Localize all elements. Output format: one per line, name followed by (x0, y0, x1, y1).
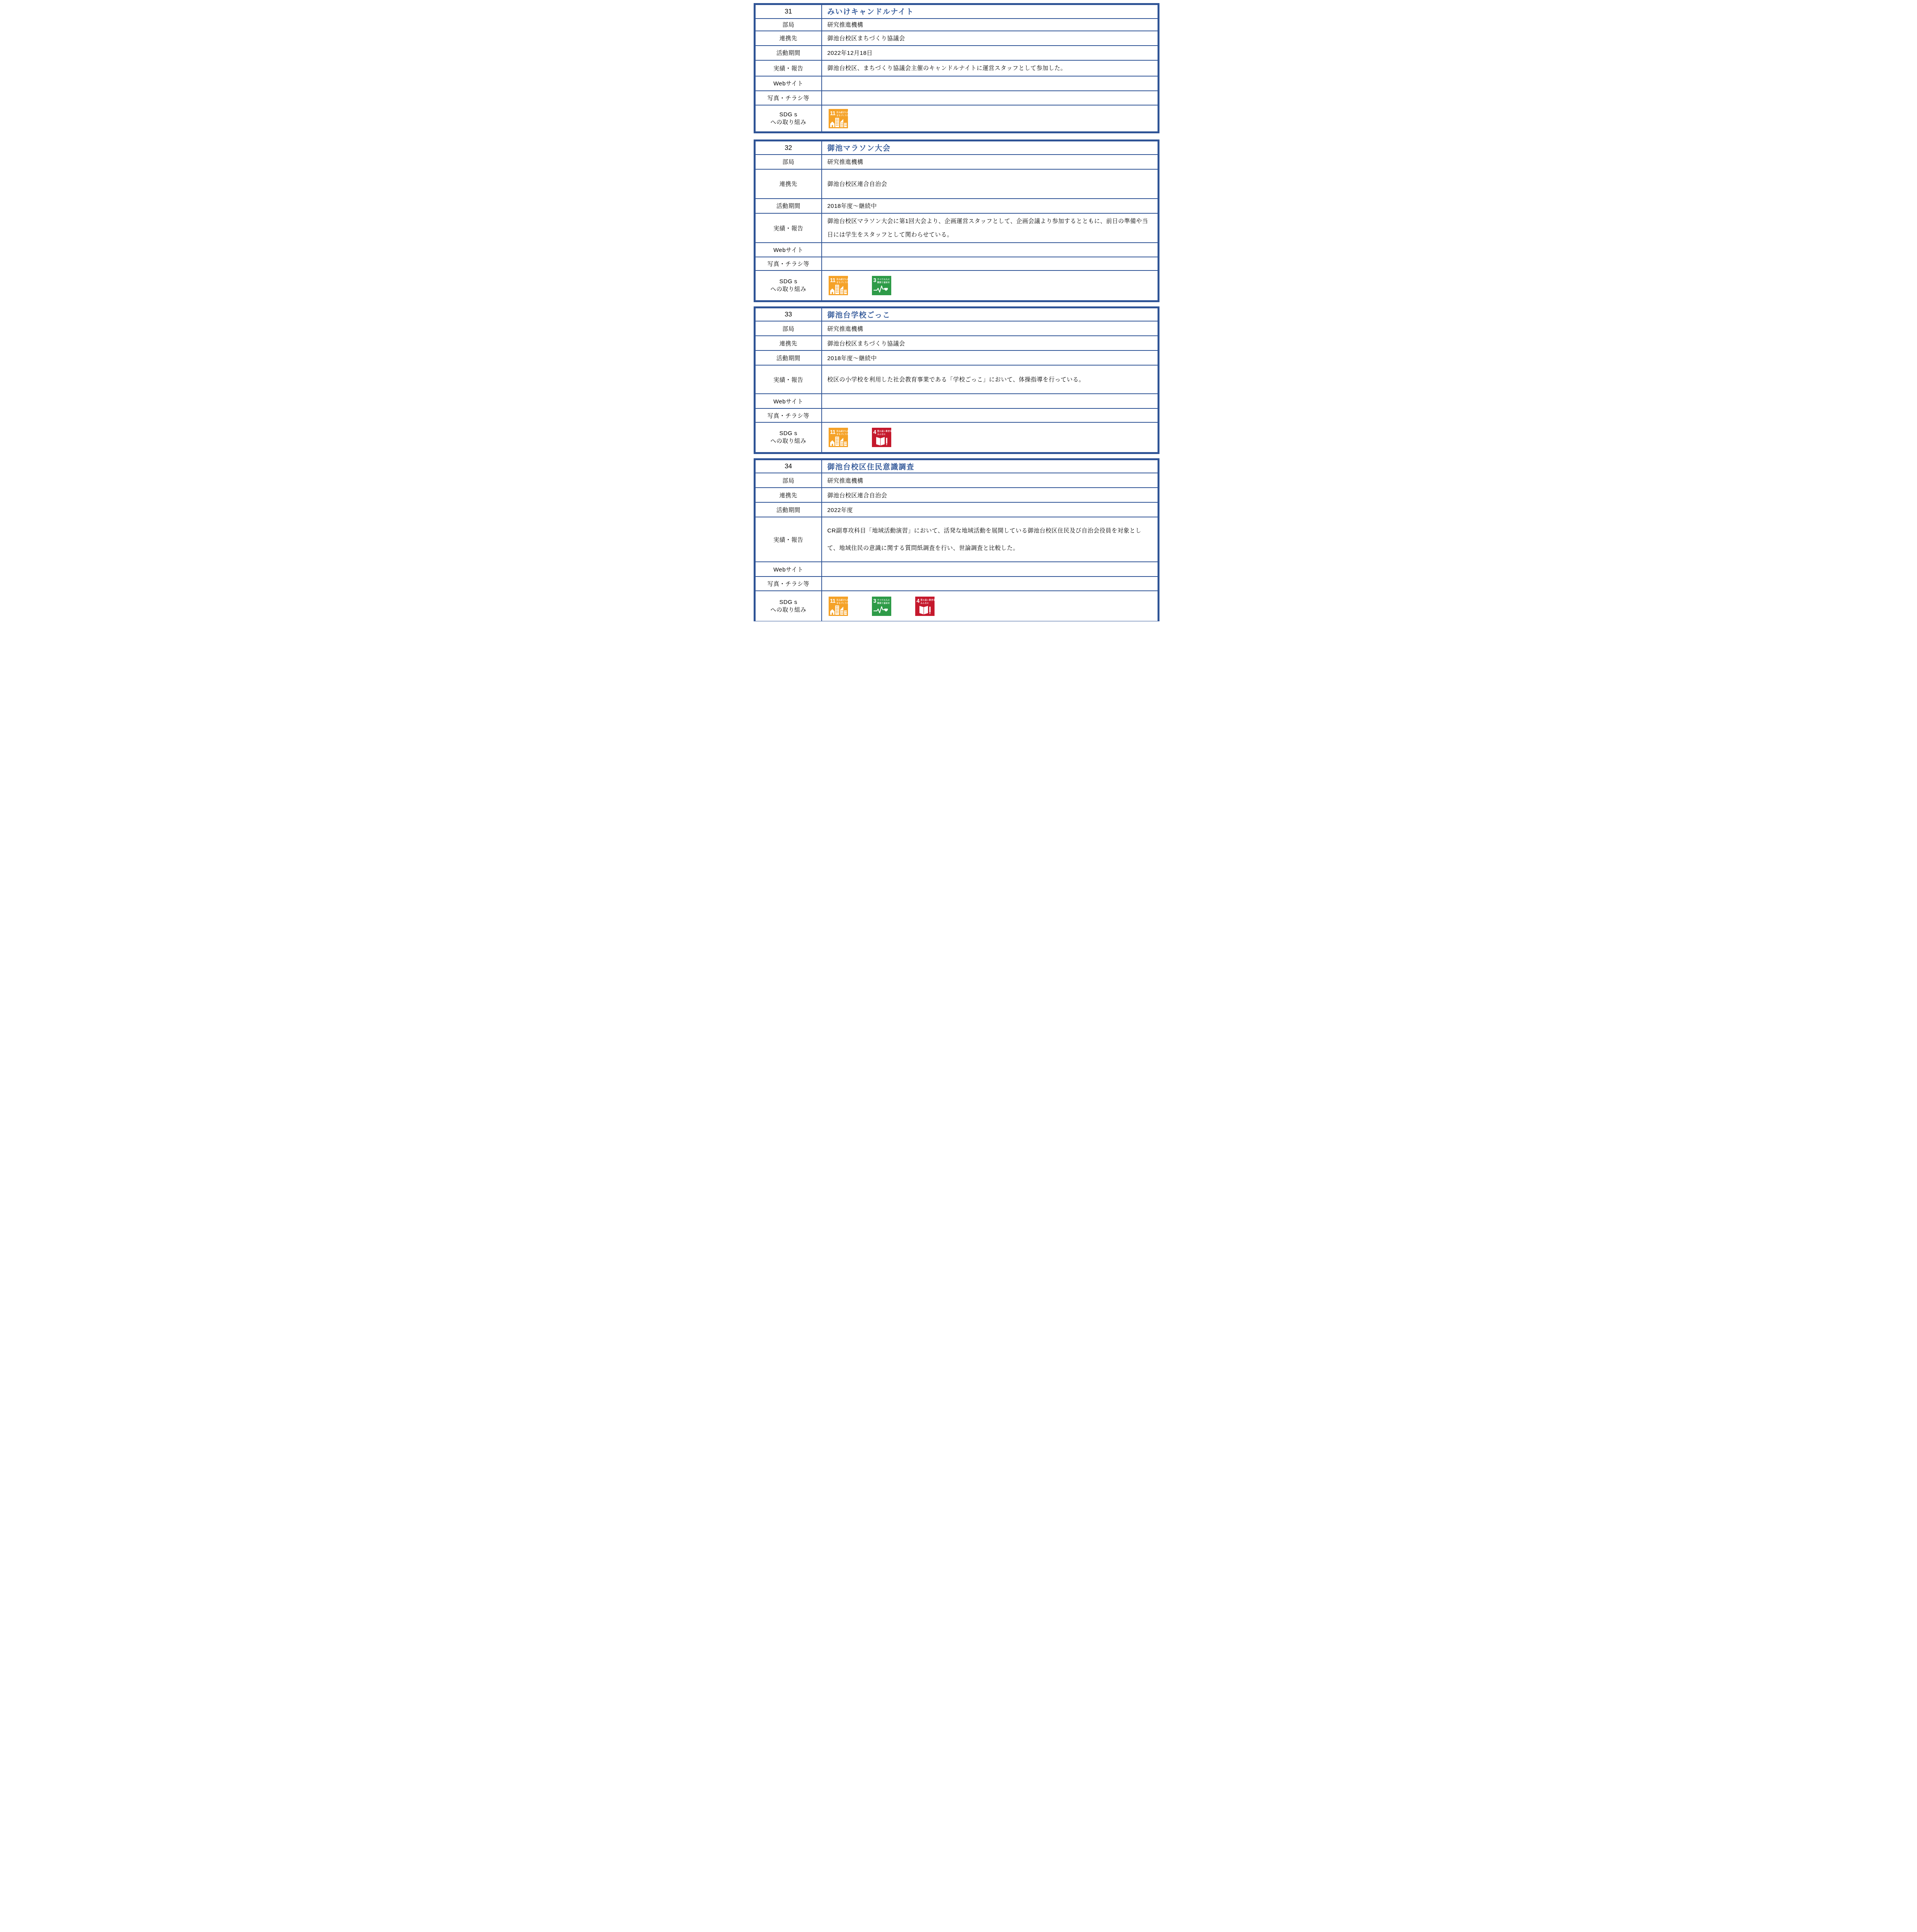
sdgs-label-line1: SDG s (756, 599, 821, 605)
sdgs-value: 11 住み続けられるまちづくりを (822, 422, 1159, 453)
dept-label: 部局 (755, 19, 822, 31)
sdg-goal-11-icon: 11 住み続けられるまちづくりを (829, 428, 848, 447)
website-row: Webサイト (755, 394, 1159, 408)
sdg-goal-11-icon: 11 住み続けられるまちづくりを (829, 597, 848, 616)
sdg-goal-4-icon: 4 質の高い教育をみんなに (872, 428, 891, 447)
period-label: 活動期間 (755, 350, 822, 365)
heartbeat-icon (873, 605, 890, 615)
sdgs-label: SDG s への取り組み (755, 270, 822, 301)
website-value (822, 394, 1159, 408)
website-row: Webサイト (755, 562, 1159, 577)
results-row: 実績・報告 校区の小学校を利用した社会教育事業である「学校ごっこ」において、体操… (755, 365, 1159, 394)
website-label: Webサイト (755, 562, 822, 577)
partner-value: 御池台校区連合自治会 (822, 169, 1159, 199)
partner-row: 連携先 御池台校区連合自治会 (755, 169, 1159, 199)
website-value (822, 76, 1159, 91)
website-row: Webサイト (755, 243, 1159, 257)
title-row: 31 みいけキャンドルナイト (755, 4, 1159, 19)
photos-value (822, 577, 1159, 591)
sdg-goal-number: 11 (830, 277, 836, 283)
sdgs-label-line1: SDG s (756, 430, 821, 437)
sdgs-row: SDG s への取り組み 11 住み続けられるまちづくりを (755, 422, 1159, 453)
period-label: 活動期間 (755, 502, 822, 517)
photos-row: 写真・チラシ等 (755, 257, 1159, 270)
entry-title: 御池台校区住民意識調査 (822, 459, 1159, 473)
photos-label: 写真・チラシ等 (755, 257, 822, 270)
partner-value: 御池台校区まちづくり協議会 (822, 336, 1159, 350)
dept-label: 部局 (755, 155, 822, 169)
city-skyline-icon (830, 117, 847, 127)
sdg-goal-number: 4 (917, 598, 919, 604)
entry-title: 御池台学校ごっこ (822, 307, 1159, 321)
period-row: 活動期間 2022年度 (755, 502, 1159, 517)
period-value: 2022年12月18日 (822, 46, 1159, 60)
sdgs-label-line1: SDG s (756, 111, 821, 118)
photos-value (822, 408, 1159, 422)
sdg-goal-3-icon: 3 すべての人に健康と福祉を (872, 276, 891, 295)
sdg-goal-3-icon: 3 すべての人に健康と福祉を (872, 597, 891, 616)
results-value: 御池台校区マラソン大会に第1回大会より、企画運営スタッフとして、企画会議より参加… (822, 213, 1159, 243)
city-skyline-icon (830, 436, 847, 446)
sdg-goal-4-icon: 4 質の高い教育をみんなに (915, 597, 935, 616)
sdg-goal-caption: 質の高い教育をみんなに (877, 430, 891, 436)
period-label: 活動期間 (755, 46, 822, 60)
website-label: Webサイト (755, 76, 822, 91)
sdgs-label: SDG s への取り組み (755, 422, 822, 453)
photos-label: 写真・チラシ等 (755, 91, 822, 105)
entry-title: みいけキャンドルナイト (822, 4, 1159, 19)
title-row: 34 御池台校区住民意識調査 (755, 459, 1159, 473)
partner-row: 連携先 御池台校区まちづくり協議会 (755, 336, 1159, 350)
sdgs-value: 11 住み続けられるまちづくりを (822, 105, 1159, 133)
sdg-goal-caption: 質の高い教育をみんなに (921, 599, 935, 605)
results-label: 実績・報告 (755, 517, 822, 562)
dept-value: 研究推進機構 (822, 473, 1159, 488)
open-book-icon (873, 436, 890, 446)
results-value: 御池台校区、まちづくり協議会主催のキャンドルナイトに運営スタッフとして参加した。 (822, 60, 1159, 76)
sdgs-label: SDG s への取り組み (755, 591, 822, 621)
city-skyline-icon (830, 605, 847, 615)
period-label: 活動期間 (755, 199, 822, 213)
dept-value: 研究推進機構 (822, 155, 1159, 169)
sdgs-label-line2: への取り組み (756, 118, 821, 126)
period-value: 2018年度～継続中 (822, 350, 1159, 365)
website-row: Webサイト (755, 76, 1159, 91)
table-gap (754, 454, 1198, 458)
results-row: 実績・報告 CR副専攻科目「地域活動演習」において、活発な地域活動を展開している… (755, 517, 1159, 562)
partner-row: 連携先 御池台校区まちづくり協議会 (755, 31, 1159, 46)
open-book-icon (916, 605, 933, 615)
sdg-goal-11-icon: 11 住み続けられるまちづくりを (829, 109, 848, 128)
partner-label: 連携先 (755, 169, 822, 199)
activity-table-31: 31 みいけキャンドルナイト 部局 研究推進機構 連携先 御池台校区まちづくり協… (754, 3, 1159, 133)
sdgs-label-line2: への取り組み (756, 285, 821, 293)
results-row: 実績・報告 御池台校区、まちづくり協議会主催のキャンドルナイトに運営スタッフとし… (755, 60, 1159, 76)
results-label: 実績・報告 (755, 365, 822, 394)
results-row: 実績・報告 御池台校区マラソン大会に第1回大会より、企画運営スタッフとして、企画… (755, 213, 1159, 243)
sdg-goal-number: 4 (873, 429, 876, 435)
period-row: 活動期間 2018年度～継続中 (755, 350, 1159, 365)
title-row: 33 御池台学校ごっこ (755, 307, 1159, 321)
dept-row: 部局 研究推進機構 (755, 155, 1159, 169)
sdg-goal-number: 11 (830, 111, 836, 116)
activity-table-32: 32 御池マラソン大会 部局 研究推進機構 連携先 御池台校区連合自治会 活動期… (754, 139, 1159, 302)
results-value: 校区の小学校を利用した社会教育事業である「学校ごっこ」において、体操指導を行って… (822, 365, 1159, 394)
document-page: 31 みいけキャンドルナイト 部局 研究推進機構 連携先 御池台校区まちづくり協… (719, 0, 1198, 621)
entry-number: 32 (755, 141, 822, 155)
photos-label: 写真・チラシ等 (755, 408, 822, 422)
sdg-goal-caption: すべての人に健康と福祉を (877, 278, 890, 284)
website-label: Webサイト (755, 394, 822, 408)
sdgs-label: SDG s への取り組み (755, 105, 822, 133)
sdgs-label-line1: SDG s (756, 278, 821, 285)
sdg-goal-caption: 住み続けられるまちづくりを (836, 111, 848, 117)
table-gap (754, 302, 1198, 306)
website-value (822, 562, 1159, 577)
sdg-goal-number: 11 (830, 598, 836, 604)
dept-label: 部局 (755, 473, 822, 488)
sdgs-value: 11 住み続けられるまちづくりを (822, 270, 1159, 301)
entry-title: 御池マラソン大会 (822, 141, 1159, 155)
city-skyline-icon (830, 284, 847, 294)
sdgs-row: SDG s への取り組み 11 住み続けられるまちづくりを (755, 270, 1159, 301)
partner-label: 連携先 (755, 31, 822, 46)
sdgs-row: SDG s への取り組み 11 住み続けられるまちづくりを (755, 591, 1159, 621)
sdg-goal-number: 11 (830, 429, 836, 435)
heartbeat-icon (873, 284, 890, 294)
dept-value: 研究推進機構 (822, 19, 1159, 31)
dept-row: 部局 研究推進機構 (755, 473, 1159, 488)
results-label: 実績・報告 (755, 213, 822, 243)
photos-label: 写真・チラシ等 (755, 577, 822, 591)
title-row: 32 御池マラソン大会 (755, 141, 1159, 155)
sdg-goal-caption: 住み続けられるまちづくりを (836, 278, 848, 284)
activity-table-33: 33 御池台学校ごっこ 部局 研究推進機構 連携先 御池台校区まちづくり協議会 … (754, 306, 1159, 454)
partner-value: 御池台校区連合自治会 (822, 488, 1159, 502)
photos-value (822, 257, 1159, 270)
partner-label: 連携先 (755, 336, 822, 350)
photos-value (822, 91, 1159, 105)
sdg-goal-caption: すべての人に健康と福祉を (877, 599, 890, 605)
period-row: 活動期間 2018年度～継続中 (755, 199, 1159, 213)
dept-row: 部局 研究推進機構 (755, 19, 1159, 31)
entry-number: 31 (755, 4, 822, 19)
sdg-goal-number: 3 (873, 277, 876, 283)
website-value (822, 243, 1159, 257)
sdg-goal-caption: 住み続けられるまちづくりを (836, 599, 848, 605)
photos-row: 写真・チラシ等 (755, 91, 1159, 105)
partner-label: 連携先 (755, 488, 822, 502)
table-gap (754, 133, 1198, 139)
dept-label: 部局 (755, 321, 822, 336)
results-label: 実績・報告 (755, 60, 822, 76)
entry-number: 34 (755, 459, 822, 473)
dept-value: 研究推進機構 (822, 321, 1159, 336)
activity-table-34: 34 御池台校区住民意識調査 部局 研究推進機構 連携先 御池台校区連合自治会 … (754, 458, 1159, 621)
entry-number: 33 (755, 307, 822, 321)
sdgs-value: 11 住み続けられるまちづくりを (822, 591, 1159, 621)
photos-row: 写真・チラシ等 (755, 408, 1159, 422)
sdgs-label-line2: への取り組み (756, 605, 821, 614)
period-row: 活動期間 2022年12月18日 (755, 46, 1159, 60)
period-value: 2022年度 (822, 502, 1159, 517)
sdg-goal-caption: 住み続けられるまちづくりを (836, 430, 848, 436)
partner-row: 連携先 御池台校区連合自治会 (755, 488, 1159, 502)
dept-row: 部局 研究推進機構 (755, 321, 1159, 336)
sdgs-label-line2: への取り組み (756, 437, 821, 445)
website-label: Webサイト (755, 243, 822, 257)
results-value: CR副専攻科目「地域活動演習」において、活発な地域活動を展開している御池台校区住… (822, 517, 1159, 562)
sdg-goal-number: 3 (873, 598, 876, 604)
sdgs-row: SDG s への取り組み 11 住み続けられるまちづくりを (755, 105, 1159, 133)
period-value: 2018年度～継続中 (822, 199, 1159, 213)
partner-value: 御池台校区まちづくり協議会 (822, 31, 1159, 46)
photos-row: 写真・チラシ等 (755, 577, 1159, 591)
sdg-goal-11-icon: 11 住み続けられるまちづくりを (829, 276, 848, 295)
